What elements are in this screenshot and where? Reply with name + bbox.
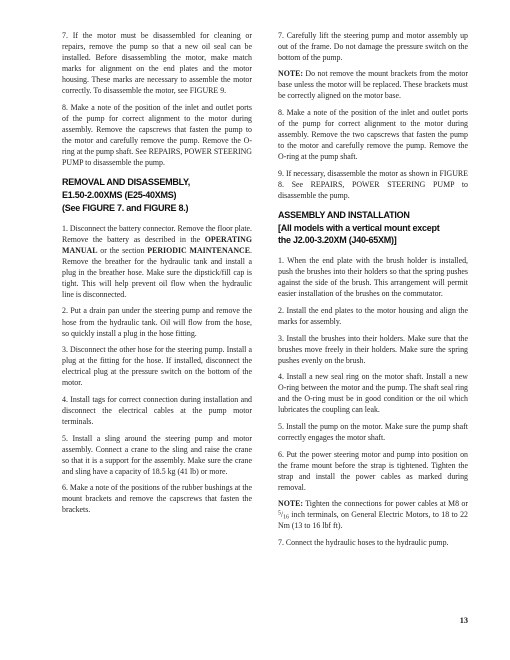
text-segment: 6. Put the power steering motor and pump…	[278, 450, 468, 492]
body-paragraph: 7. Connect the hydraulic hoses to the hy…	[278, 537, 468, 548]
text-segment: Do not remove the mount brackets from th…	[278, 69, 468, 100]
right-column: 7. Carefully lift the steering pump and …	[278, 30, 468, 553]
text-segment: 5. Install a sling around the steering p…	[62, 434, 252, 476]
text-segment: or the section	[98, 246, 148, 255]
body-paragraph: 6. Put the power steering motor and pump…	[278, 449, 468, 493]
text-segment: 1. When the end plate with the brush hol…	[278, 256, 468, 298]
page-content: 7. If the motor must be disassembled for…	[62, 30, 468, 553]
section-heading: ASSEMBLY AND INSTALLATION[All models wit…	[278, 209, 468, 247]
page-number: 13	[460, 616, 468, 625]
text-segment: 4. Install a new seal ring on the motor …	[278, 372, 468, 414]
body-paragraph: 1. When the end plate with the brush hol…	[278, 255, 468, 299]
body-paragraph: 7. Carefully lift the steering pump and …	[278, 30, 468, 63]
body-paragraph: 1. Disconnect the battery connector. Rem…	[62, 223, 252, 300]
text-segment: 9. If necessary, disassemble the motor a…	[278, 169, 468, 200]
heading-line: ASSEMBLY AND INSTALLATION	[278, 209, 468, 222]
note-paragraph: NOTE: Tighten the connections for power …	[278, 498, 468, 531]
body-paragraph: 4. Install tags for correct connection d…	[62, 394, 252, 427]
text-segment: 7. Connect the hydraulic hoses to the hy…	[278, 538, 449, 547]
bold-text-segment: NOTE:	[278, 69, 303, 78]
body-paragraph: 3. Disconnect the other hose for the ste…	[62, 344, 252, 388]
text-segment: Tighten the connections for power cables…	[303, 499, 468, 508]
text-segment: 4. Install tags for correct connection d…	[62, 395, 252, 426]
heading-line: E1.50-2.00XMS (E25-40XMS)	[62, 189, 252, 202]
body-paragraph: 2. Put a drain pan under the steering pu…	[62, 305, 252, 338]
body-paragraph: 2. Install the end plates to the motor h…	[278, 305, 468, 327]
body-paragraph: 8. Make a note of the position of the in…	[62, 102, 252, 168]
section-heading: REMOVAL AND DISASSEMBLY,E1.50-2.00XMS (E…	[62, 176, 252, 214]
body-paragraph: 5. Install a sling around the steering p…	[62, 433, 252, 477]
body-paragraph: 7. If the motor must be disassembled for…	[62, 30, 252, 96]
manual-page: 7. If the motor must be disassembled for…	[0, 0, 510, 660]
left-column: 7. If the motor must be disassembled for…	[62, 30, 252, 553]
heading-line: (See FIGURE 7. and FIGURE 8.)	[62, 202, 252, 215]
text-segment: 2. Install the end plates to the motor h…	[278, 306, 468, 326]
text-segment: 7. Carefully lift the steering pump and …	[278, 31, 468, 62]
body-paragraph: 4. Install a new seal ring on the motor …	[278, 371, 468, 415]
body-paragraph: 3. Install the brushes into their holder…	[278, 333, 468, 366]
text-segment: 3. Install the brushes into their holder…	[278, 334, 468, 365]
text-segment: inch terminals, on General Electric Moto…	[278, 510, 468, 530]
heading-line: [All models with a vertical mount except	[278, 222, 468, 235]
note-paragraph: NOTE: Do not remove the mount brackets f…	[278, 68, 468, 101]
text-segment: 8. Make a note of the position of the in…	[62, 103, 252, 167]
text-segment: 8. Make a note of the position of the in…	[278, 108, 468, 161]
text-segment: 2. Put a drain pan under the steering pu…	[62, 306, 252, 337]
text-segment: 7. If the motor must be disassembled for…	[62, 31, 252, 95]
text-segment: 3. Disconnect the other hose for the ste…	[62, 345, 252, 387]
body-paragraph: 8. Make a note of the position of the in…	[278, 107, 468, 162]
text-segment: 6. Make a note of the positions of the r…	[62, 483, 252, 514]
text-segment: 5. Install the pump on the motor. Make s…	[278, 422, 468, 442]
heading-line: REMOVAL AND DISASSEMBLY,	[62, 176, 252, 189]
bold-text-segment: PERIODIC MAINTENANCE	[147, 246, 250, 255]
bold-text-segment: NOTE:	[278, 499, 303, 508]
body-paragraph: 5. Install the pump on the motor. Make s…	[278, 421, 468, 443]
body-paragraph: 6. Make a note of the positions of the r…	[62, 482, 252, 515]
body-paragraph: 9. If necessary, disassemble the motor a…	[278, 168, 468, 201]
heading-line: the J2.00-3.20XM (J40-65XM)]	[278, 234, 468, 247]
